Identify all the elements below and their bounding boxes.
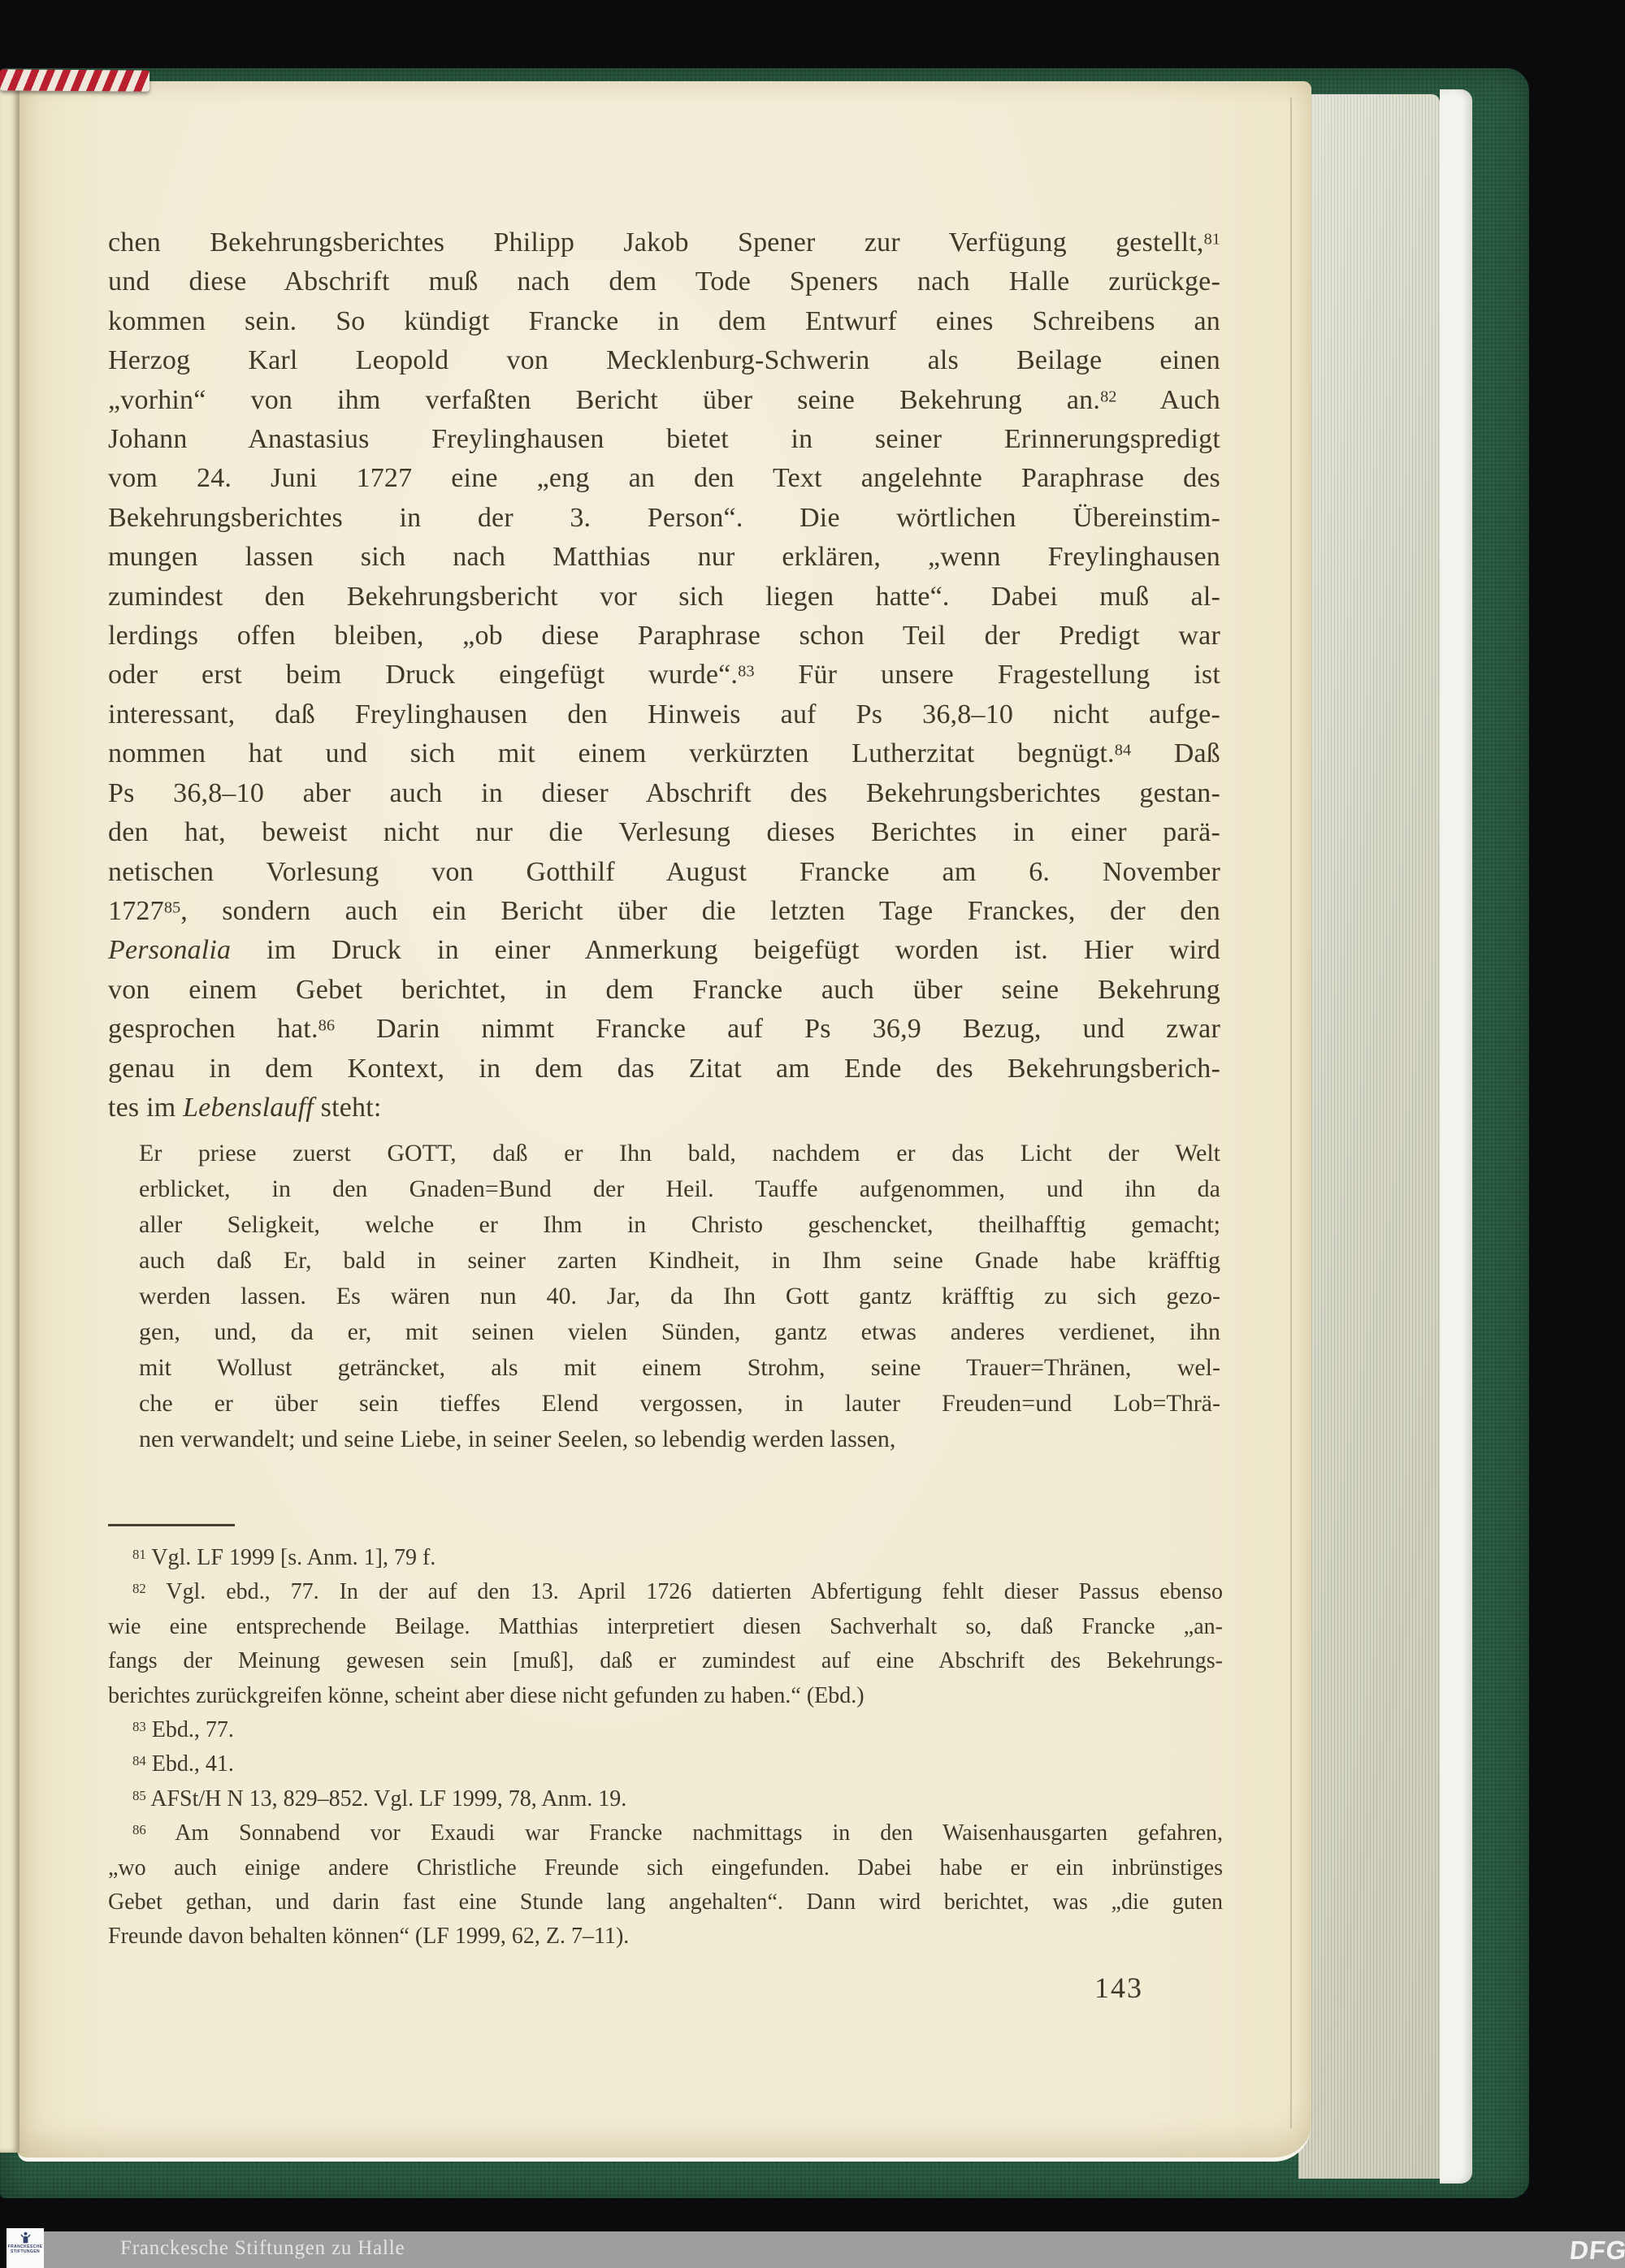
text-line: Freunde davon behalten können“ (LF 1999,…: [108, 1920, 1223, 1954]
text-line: Personalia im Druck in einer Anmerkung b…: [108, 931, 1220, 970]
text-line: aller Seligkeit, welche er Ihm in Christ…: [139, 1207, 1220, 1243]
text-line: von einem Gebet berichtet, in dem Franck…: [108, 971, 1220, 1010]
text-line: 84 Ebd., 41.: [108, 1747, 1223, 1781]
text-line: und diese Abschrift muß nach dem Tode Sp…: [108, 262, 1220, 301]
page-edges-stack: [1298, 94, 1440, 2179]
text-line: kommen sein. So kündigt Francke in dem E…: [108, 302, 1220, 341]
text-line: oder erst beim Druck eingefügt wurde“.83…: [108, 656, 1220, 695]
text-line: wie eine entsprechende Beilage. Matthias…: [108, 1610, 1223, 1644]
text-line: genau in dem Kontext, in dem das Zitat a…: [108, 1050, 1220, 1089]
footnote-86: 86 Am Sonnabend vor Exaudi war Francke n…: [108, 1816, 1223, 1954]
text-line: 86 Am Sonnabend vor Exaudi war Francke n…: [108, 1816, 1223, 1850]
text-line: lerdings offen bleiben, „ob diese Paraph…: [108, 617, 1220, 656]
block-quote: Er priese zuerst GOTT, daß er Ihn bald, …: [139, 1136, 1220, 1457]
text-line: Gebet gethan, und darin fast eine Stunde…: [108, 1885, 1223, 1920]
footnote-84: 84 Ebd., 41.: [108, 1747, 1223, 1781]
text-line: nen verwandelt; und seine Liebe, in sein…: [139, 1422, 1220, 1457]
logo-figure-icon: [19, 2231, 32, 2244]
text-line: 81 Vgl. LF 1999 [s. Anm. 1], 79 f.: [108, 1541, 1223, 1575]
text-line: vom 24. Juni 1727 eine „eng an den Text …: [108, 459, 1220, 498]
body-text: chen Bekehrungsberichtes Philipp Jakob S…: [108, 223, 1220, 1128]
text-line: Er priese zuerst GOTT, daß er Ihn bald, …: [139, 1136, 1220, 1171]
text-line: erblicket, in den Gnaden=Bund der Heil. …: [139, 1171, 1220, 1207]
text-line: tes im Lebenslauff steht:: [108, 1089, 1220, 1128]
text-line: Johann Anastasius Freylinghausen bietet …: [108, 420, 1220, 459]
text-line: nommen hat und sich mit einem verkürzten…: [108, 734, 1220, 773]
headband: [0, 69, 149, 91]
text-line: 85 AFSt/H N 13, 829–852. Vgl. LF 1999, 7…: [108, 1782, 1223, 1816]
text-line: interessant, daß Freylinghausen den Hinw…: [108, 695, 1220, 734]
text-line: netischen Vorlesung von Gotthilf August …: [108, 853, 1220, 892]
text-line: 82 Vgl. ebd., 77. In der auf den 13. Apr…: [108, 1575, 1223, 1609]
text-line: gen, und, da er, mit seinen vielen Sünde…: [139, 1314, 1220, 1350]
endpaper-edge: [1440, 89, 1472, 2184]
text-line: 83 Ebd., 77.: [108, 1713, 1223, 1747]
logo-text-line2: STIFTUNGEN: [11, 2249, 40, 2254]
text-line: werden lassen. Es wären nun 40. Jar, da …: [139, 1279, 1220, 1314]
text-line: Ps 36,8–10 aber auch in dieser Abschrift…: [108, 774, 1220, 813]
page-number: 143: [1094, 1971, 1143, 2005]
text-line: mungen lassen sich nach Matthias nur erk…: [108, 538, 1220, 577]
gutter-page-edge: [0, 81, 19, 2153]
dfg-logo: DFG: [1568, 2236, 1625, 2266]
text-line: „wo auch einige andere Christliche Freun…: [108, 1851, 1223, 1885]
text-line: „vorhin“ von ihm verfaßten Bericht über …: [108, 381, 1220, 420]
footnote-85: 85 AFSt/H N 13, 829–852. Vgl. LF 1999, 7…: [108, 1782, 1223, 1816]
footnote-83: 83 Ebd., 77.: [108, 1713, 1223, 1747]
text-line: Bekehrungsberichtes in der 3. Person“. D…: [108, 499, 1220, 538]
page-fold-line: [1290, 97, 1292, 2128]
footnotes: 81 Vgl. LF 1999 [s. Anm. 1], 79 f. 82 Vg…: [108, 1541, 1223, 1954]
text-line: berichtes zurückgreifen könne, scheint a…: [108, 1679, 1223, 1713]
institution-label: Franckesche Stiftungen zu Halle: [120, 2237, 405, 2260]
text-line: che er über sein tieffes Elend vergossen…: [139, 1386, 1220, 1422]
book-photo: chen Bekehrungsberichtes Philipp Jakob S…: [0, 0, 1625, 2268]
footnote-81: 81 Vgl. LF 1999 [s. Anm. 1], 79 f.: [108, 1541, 1223, 1575]
text-line: fangs der Meinung gewesen sein [muß], da…: [108, 1644, 1223, 1678]
text-line: gesprochen hat.86 Darin nimmt Francke au…: [108, 1010, 1220, 1049]
text-line: 172785, sondern auch ein Bericht über di…: [108, 892, 1220, 931]
text-line: mit Wollust geträncket, als mit einem St…: [139, 1350, 1220, 1386]
text-line: chen Bekehrungsberichtes Philipp Jakob S…: [108, 223, 1220, 262]
footnote-82: 82 Vgl. ebd., 77. In der auf den 13. Apr…: [108, 1575, 1223, 1713]
text-line: den hat, beweist nicht nur die Verlesung…: [108, 813, 1220, 852]
text-line: auch daß Er, bald in seiner zarten Kindh…: [139, 1243, 1220, 1279]
text-line: Herzog Karl Leopold von Mecklenburg-Schw…: [108, 341, 1220, 380]
franckesche-stiftungen-logo: FRANCKESCHE STIFTUNGEN: [6, 2228, 44, 2268]
text-line: zumindest den Bekehrungsbericht vor sich…: [108, 578, 1220, 617]
footnote-rule: [108, 1524, 235, 1526]
